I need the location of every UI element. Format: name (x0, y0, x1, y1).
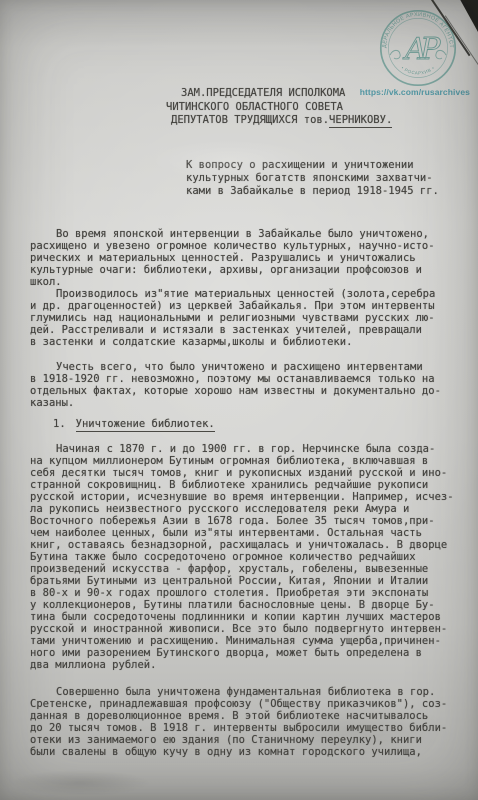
document-body: Во время японской интервенции в Забайкал… (30, 228, 466, 758)
subject-block: К вопросу о расхищении и уничтожении кул… (186, 159, 439, 197)
paper-smudge (10, 770, 150, 796)
addressee-header: ЗАМ.ПРЕДСЕДАТЕЛЯ ИСПОЛКОМА ЧИТИНСКОГО ОБ… (166, 87, 392, 128)
addressee-line-2: ЧИТИНСКОГО ОБЛАСТНОГО СОВЕТА (166, 101, 392, 115)
paragraph: Начиная с 1870 г. и до 1900 гг. в гор. Н… (30, 443, 466, 671)
paragraph: Производилось из"ятие материальных ценно… (30, 288, 466, 348)
addressee-line-3-prefix: ДЕПУТАТОВ ТРУДЯЩИХСЯ тов. (171, 114, 329, 126)
addressee-line-3: ДЕПУТАТОВ ТРУДЯЩИХСЯ тов.ЧЕРНИКОВУ. (171, 114, 392, 128)
paragraph: Учесть всего, что было уничтожено и расх… (30, 361, 466, 409)
addressee-line-1: ЗАМ.ПРЕДСЕДАТЕЛЯ ИСПОЛКОМА (181, 87, 392, 101)
section-number: 1. (53, 418, 76, 430)
document-page: ФЕДЕРАЛЬНОЕ АРХИВНОЕ АГЕНТСТВО • РОСАРХИ… (0, 0, 478, 800)
section-title-underlined: Уничтожение библиотек. (76, 418, 215, 432)
section-heading: 1.Уничтожение библиотек. (53, 418, 466, 430)
paragraph: Совершенно была уничтожена фундаментальн… (30, 686, 466, 758)
stamp-monogram: АР (403, 32, 442, 67)
paragraph: Во время японской интервенции в Забайкал… (30, 228, 466, 288)
addressee-name-underlined: ЧЕРНИКОВУ. (329, 114, 392, 128)
